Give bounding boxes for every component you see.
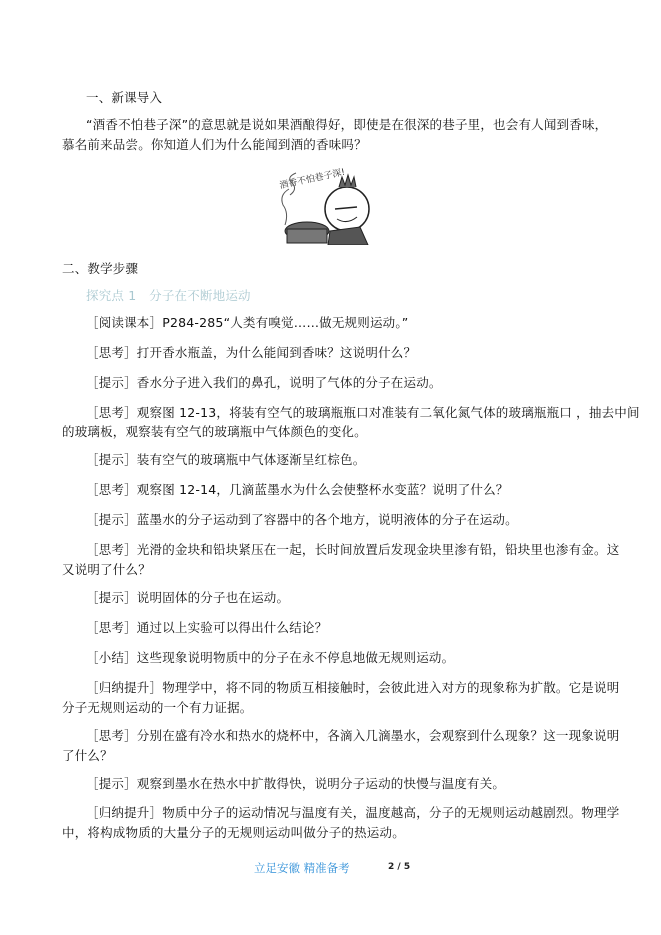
page-number: 2 / 5 (388, 862, 410, 872)
think-item: ［思考］光滑的金块和铅块紧压在一起，长时间放置后发现金块里渗有铅，铅块里也渗有金… (86, 543, 619, 557)
document-page: 一、新课导入 “酒香不怕巷子深”的意思就是说如果酒酿得好，即使是在很深的巷子里，… (0, 0, 661, 935)
cartoon-wine-smell-illustration: 酒香不怕巷子深! (275, 165, 385, 245)
think-item: ［思考］观察图 12-14，几滴蓝墨水为什么会使整杯水变蓝？说明了什么？ (86, 483, 509, 497)
intro-paragraph-line-1: “酒香不怕巷子深”的意思就是说如果酒酿得好，即使是在很深的巷子里，也会有人闻到香… (86, 118, 607, 132)
think-item: ［思考］通过以上实验可以得出什么结论？ (86, 621, 327, 635)
intro-paragraph-line-2: 慕名前来品尝。你知道人们为什么能闻到酒的香味吗？ (62, 138, 367, 152)
think-item-continuation: 的玻璃板，观察装有空气的玻璃瓶中气体颜色的变化。 (62, 425, 367, 439)
think-item-continuation: 了什么？ (62, 749, 113, 763)
think-item-continuation: 又说明了什么？ (62, 563, 151, 577)
summary-item: ［小结］这些现象说明物质中的分子在永不停息地做无规则运动。 (86, 651, 454, 665)
think-item: ［思考］打开香水瓶盖，为什么能闻到香味？这说明什么？ (86, 346, 416, 360)
hint-item: ［提示］观察到墨水在热水中扩散得快，说明分子运动的快慢与温度有关。 (86, 777, 505, 791)
hint-item: ［提示］蓝墨水的分子运动到了容器中的各个地方，说明液体的分子在运动。 (86, 513, 518, 527)
read-textbook-item: ［阅读课本］P284-285“人类有嗅觉……做无规则运动。” (86, 316, 408, 330)
hint-item: ［提示］香水分子进入我们的鼻孔，说明了气体的分子在运动。 (86, 376, 442, 390)
induction-item-continuation: 分子无规则运动的一个有力证据。 (62, 701, 253, 715)
footer-brand-text: 立足安徽 精准备考 (254, 860, 350, 876)
section-heading-steps: 二、教学步骤 (62, 262, 138, 276)
induction-item-continuation: 中，将构成物质的大量分子的无规则运动叫做分子的热运动。 (62, 826, 405, 840)
section-heading-intro: 一、新课导入 (86, 91, 162, 105)
hint-item: ［提示］装有空气的玻璃瓶中气体逐渐呈红棕色。 (86, 453, 365, 467)
think-item: ［思考］观察图 12-13，将装有空气的玻璃瓶瓶口对准装有二氧化氮气体的玻璃瓶瓶… (86, 406, 640, 420)
induction-item: ［归纳提升］物理学中，将不同的物质互相接触时，会彼此进入对方的现象称为扩散。它是… (86, 681, 619, 695)
think-item: ［思考］分别在盛有冷水和热水的烧杯中，各滴入几滴墨水，会观察到什么现象？这一现象… (86, 729, 619, 743)
induction-item: ［归纳提升］物质中分子的运动情况与温度有关，温度越高，分子的无规则运动越剧烈。物… (86, 806, 619, 820)
svg-text:酒香不怕巷子深!: 酒香不怕巷子深! (278, 166, 346, 192)
hint-item: ［提示］说明固体的分子也在运动。 (86, 591, 289, 605)
topic-heading: 探究点 1 分子在不断地运动 (86, 289, 251, 303)
